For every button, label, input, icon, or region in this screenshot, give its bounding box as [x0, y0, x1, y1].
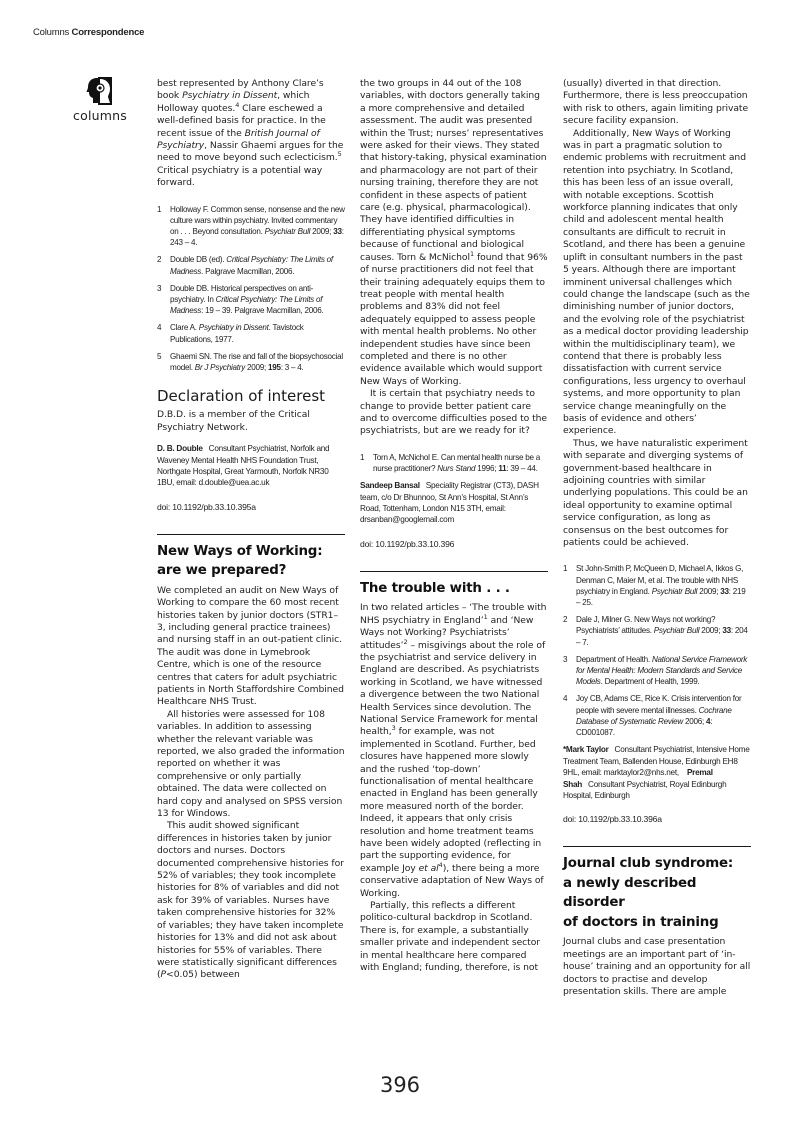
article-body: In two related articles – ‘The trouble w…: [360, 602, 548, 974]
journal: Psychiatr Bull: [265, 227, 311, 236]
text: found that 96% of nurse practitioners di…: [360, 252, 548, 387]
paragraph: All histories were assessed for 108 vari…: [157, 709, 345, 821]
paragraph: Thus, we have naturalistic experiment wi…: [563, 438, 751, 550]
reference-number: 1: [563, 563, 567, 574]
title-line: of doctors in training: [563, 915, 719, 930]
article-divider: [157, 534, 345, 535]
reference-number: 2: [563, 614, 567, 625]
text: Critical psychiatry is a potential way f…: [157, 165, 322, 188]
article-body: the two groups in 44 out of the 108 vari…: [360, 78, 548, 438]
reference-item: 3Department of Health. National Service …: [563, 654, 751, 688]
text: : 19 – 39. Palgrave Macmillan, 2006.: [201, 306, 323, 315]
column-3: (usually) diverted in that direction. Fu…: [563, 78, 751, 998]
text: 2009;: [699, 626, 722, 635]
text: 2009;: [697, 587, 720, 596]
text: Department of Health.: [576, 655, 652, 664]
author-name: D. B. Double: [157, 444, 203, 453]
author-name: Sandeep Bansal: [360, 481, 420, 490]
text: for example, was not implemented in Scot…: [360, 726, 541, 873]
article-divider: [563, 846, 751, 847]
reference-number: 2: [157, 254, 161, 265]
author-block: D. B. DoubleConsultant Psychiatrist, Nor…: [157, 443, 345, 489]
text: <0.05) between: [166, 969, 240, 980]
text: Clare A.: [170, 323, 199, 332]
declaration-text: D.B.D. is a member of the Critical Psych…: [157, 409, 345, 434]
title-line: Journal club syndrome:: [563, 856, 733, 871]
paragraph: It is certain that psychiatry needs to c…: [360, 388, 548, 438]
column-2: the two groups in 44 out of the 108 vari…: [360, 78, 548, 975]
columns-logo: columns: [72, 76, 128, 123]
text: . Palgrave Macmillan, 2006.: [201, 267, 294, 276]
reference-number: 5: [157, 351, 161, 362]
journal: Br J Psychiatry: [195, 363, 245, 372]
reference-number: 3: [157, 283, 161, 294]
running-head-section: Columns: [33, 27, 69, 38]
paragraph: Additionally, New Ways of Working was in…: [563, 128, 751, 438]
text: : 3 – 4.: [281, 363, 304, 372]
paragraph: (usually) diverted in that direction. Fu…: [563, 78, 751, 128]
reference-item: 4Joy CB, Adams CE, Rice K. Crisis interv…: [563, 693, 751, 738]
article-title: The trouble with . . .: [360, 579, 548, 599]
reference-item: 2Dale J, Milner G. New Ways not working?…: [563, 614, 751, 648]
reference-item: 1Holloway F. Common sense, nonsense and …: [157, 204, 345, 249]
article-body: Journal clubs and case presentation meet…: [563, 936, 751, 998]
text: This audit showed significant difference…: [157, 820, 344, 980]
reference-number: 4: [563, 693, 567, 704]
text: . Department of Health, 1999.: [601, 677, 700, 686]
reference-item: 2Double DB (ed). Critical Psychiatry: Th…: [157, 254, 345, 276]
book-title: Psychiatry in Dissent: [182, 90, 277, 101]
volume: 33: [722, 626, 731, 635]
title-line: are we prepared?: [157, 563, 286, 578]
author-block: Sandeep BansalSpeciality Registrar (CT3)…: [360, 480, 548, 526]
text: 2006;: [683, 717, 706, 726]
volume: 33: [720, 587, 729, 596]
text: the two groups in 44 out of the 108 vari…: [360, 78, 547, 263]
title: Psychiatry in Dissent: [199, 323, 269, 332]
running-head: Columns Correspondence: [33, 27, 144, 38]
two-faces-profile-icon: [86, 76, 114, 106]
article-title: New Ways of Working: are we prepared?: [157, 542, 345, 581]
reference-number: 1: [157, 204, 161, 215]
author-name: *Mark Taylor: [563, 745, 609, 754]
journal: Psychiatr Bull: [652, 587, 698, 596]
reference-item: 1St John-Smith P, McQueen D, Michael A, …: [563, 563, 751, 608]
doi[interactable]: doi: 10.1192/pb.33.10.396: [360, 539, 548, 549]
article-divider: [360, 571, 548, 572]
paragraph: This audit showed significant difference…: [157, 820, 345, 981]
doi[interactable]: doi: 10.1192/pb.33.10.395a: [157, 502, 345, 512]
reference-item: 4Clare A. Psychiatry in Dissent. Tavisto…: [157, 322, 345, 344]
text: 2009;: [245, 363, 268, 372]
reference-number: 1: [360, 452, 364, 463]
logo-label: columns: [72, 108, 128, 123]
column-1: best represented by Anthony Clare’s book…: [157, 78, 345, 982]
volume: 33: [333, 227, 342, 236]
text: 2009;: [310, 227, 333, 236]
citation-marker: 5: [338, 150, 342, 158]
journal: Nurs Stand: [437, 464, 475, 473]
reference-number: 3: [563, 654, 567, 665]
reference-item: 3Double DB. Historical perspectives on a…: [157, 283, 345, 317]
text: 1996;: [475, 464, 498, 473]
text: : 39 – 44.: [506, 464, 537, 473]
volume: 195: [268, 363, 281, 372]
reference-item: 1Torn A, McNichol E. Can mental health n…: [360, 452, 548, 474]
title-line: a newly described disorder: [563, 876, 696, 911]
paragraph: Journal clubs and case presentation meet…: [563, 936, 751, 998]
paragraph: Partially, this reflects a different pol…: [360, 900, 548, 974]
text: Double DB (ed).: [170, 255, 226, 264]
author-block: *Mark TaylorConsultant Psychiatrist, Int…: [563, 744, 751, 801]
article-title: Journal club syndrome: a newly described…: [563, 854, 751, 932]
reference-list: 1St John-Smith P, McQueen D, Michael A, …: [563, 563, 751, 738]
title-line: New Ways of Working:: [157, 544, 322, 559]
paragraph: In two related articles – ‘The trouble w…: [360, 602, 548, 900]
running-head-subsection: Correspondence: [72, 27, 145, 38]
article-body: (usually) diverted in that direction. Fu…: [563, 78, 751, 549]
reference-item: 5Ghaemi SN. The rise and fall of the bio…: [157, 351, 345, 373]
journal: Psychiatr Bull: [654, 626, 700, 635]
paragraph: the two groups in 44 out of the 108 vari…: [360, 78, 548, 388]
author-affiliation: Consultant Psychiatrist, Royal Edinburgh…: [563, 780, 726, 800]
declaration-heading: Declaration of interest: [157, 387, 345, 405]
reference-list: 1Holloway F. Common sense, nonsense and …: [157, 204, 345, 374]
page-number: 396: [0, 1073, 800, 1097]
paragraph: We completed an audit on New Ways of Wor…: [157, 585, 345, 709]
reference-number: 4: [157, 322, 161, 333]
article-body: We completed an audit on New Ways of Wor…: [157, 585, 345, 982]
reference-list: 1Torn A, McNichol E. Can mental health n…: [360, 452, 548, 474]
intro-paragraph: best represented by Anthony Clare’s book…: [157, 78, 345, 190]
text: et al: [419, 863, 439, 874]
text: – misgivings about the role of the psych…: [360, 640, 545, 738]
doi[interactable]: doi: 10.1192/pb.33.10.396a: [563, 814, 751, 824]
